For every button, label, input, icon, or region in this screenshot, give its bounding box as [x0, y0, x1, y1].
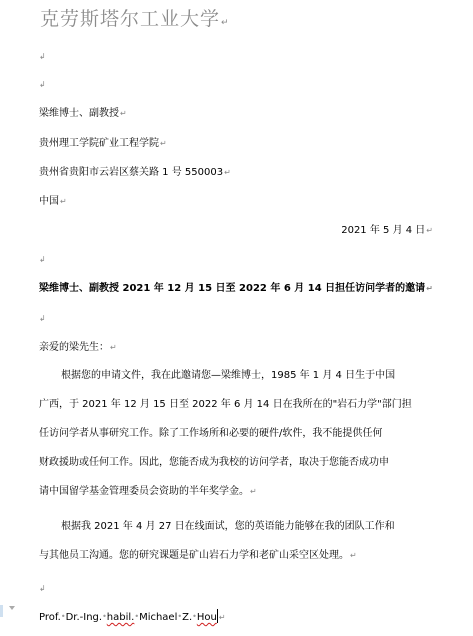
paragraph-line: 广西，于 2021 年 12 月 15 日至 2022 年 6 月 14 日在我… — [39, 398, 412, 412]
recipient-name: 梁维博士、副教授↵ — [39, 107, 127, 121]
empty-paragraph-mark-icon: ↲ — [39, 52, 46, 62]
sig-part: Michael — [139, 612, 177, 623]
recipient-institution: 贵州理工学院矿业工程学院↵ — [39, 137, 167, 151]
salutation: 亲爱的梁先生：↵ — [39, 341, 117, 355]
paragraph-line: 请中国留学基金管理委员会资助的半年奖学金。↵ — [39, 485, 257, 499]
empty-paragraph-mark-icon: ↲ — [39, 255, 46, 265]
paragraph-line: 根据我 2021 年 4 月 27 日在线面试，您的英语能力能够在我的团队工作和 — [39, 520, 395, 534]
paragraph-mark-icon: ↵ — [224, 168, 231, 177]
paragraph-line: 与其他员工沟通。您的研究课题是矿山岩石力学和老矿山采空区处理。↵ — [39, 549, 357, 563]
paragraph-mark-icon: ↵ — [219, 613, 226, 622]
paragraph-mark-icon: ↵ — [160, 139, 167, 148]
letter-subject: 梁维博士、副教授 2021 年 12 月 15 日至 2022 年 6 月 14… — [39, 282, 433, 296]
sig-part: Z. — [182, 612, 192, 623]
dropdown-arrow-icon[interactable] — [9, 606, 15, 610]
sig-part: Dr.-Ing. — [66, 612, 103, 623]
text-cursor — [217, 609, 218, 623]
letterhead-title: 克劳斯塔尔工业大学↵ — [40, 6, 230, 36]
paragraph-mark-icon: ↵ — [426, 284, 433, 293]
paragraph-mark-icon: ↵ — [60, 197, 67, 206]
paragraph-mark-icon: ↵ — [120, 109, 127, 118]
spellcheck-flagged-word: habil. — [107, 612, 135, 623]
recipient-country: 中国↵ — [39, 195, 67, 209]
document-page[interactable]: 克劳斯塔尔工业大学↵ ↲ ↲ 梁维博士、副教授↵ 贵州理工学院矿业工程学院↵ 贵… — [0, 0, 473, 636]
paragraph-mark-icon: ↵ — [250, 487, 257, 496]
empty-paragraph-mark-icon: ↲ — [39, 80, 46, 90]
signature-line[interactable]: Prof.•Dr.-Ing.•habil.•Michael•Z.•Hou↵ — [39, 609, 226, 625]
recipient-address: 贵州省贵阳市云岩区蔡关路 1 号 550003↵ — [39, 166, 231, 180]
letter-date: 2021 年 5 月 4 日↵ — [341, 224, 433, 238]
paragraph-mark-icon: ↵ — [221, 18, 230, 28]
spellcheck-flagged-word: Hou — [197, 612, 217, 623]
empty-paragraph-mark-icon: ↲ — [39, 584, 46, 594]
paragraph-mark-icon: ↵ — [426, 226, 433, 235]
empty-paragraph-mark-icon: ↲ — [39, 314, 46, 324]
paragraph-mark-icon: ↵ — [110, 343, 117, 352]
paragraph-line: 根据您的申请文件，我在此邀请您—梁维博士，1985 年 1 月 4 日生于中国 — [39, 369, 395, 383]
paragraph-mark-icon: ↵ — [350, 551, 357, 560]
sig-part: Prof. — [39, 612, 61, 623]
paragraph-line: 任访问学者从事研究工作。除了工作场所和必要的硬件/软件，我不能提供任何 — [39, 427, 382, 441]
gutter-marker-icon — [0, 605, 3, 617]
paragraph-line: 财政援助或任何工作。因此，您能否成为我校的访问学者，取决于您能否成功申 — [39, 456, 389, 470]
